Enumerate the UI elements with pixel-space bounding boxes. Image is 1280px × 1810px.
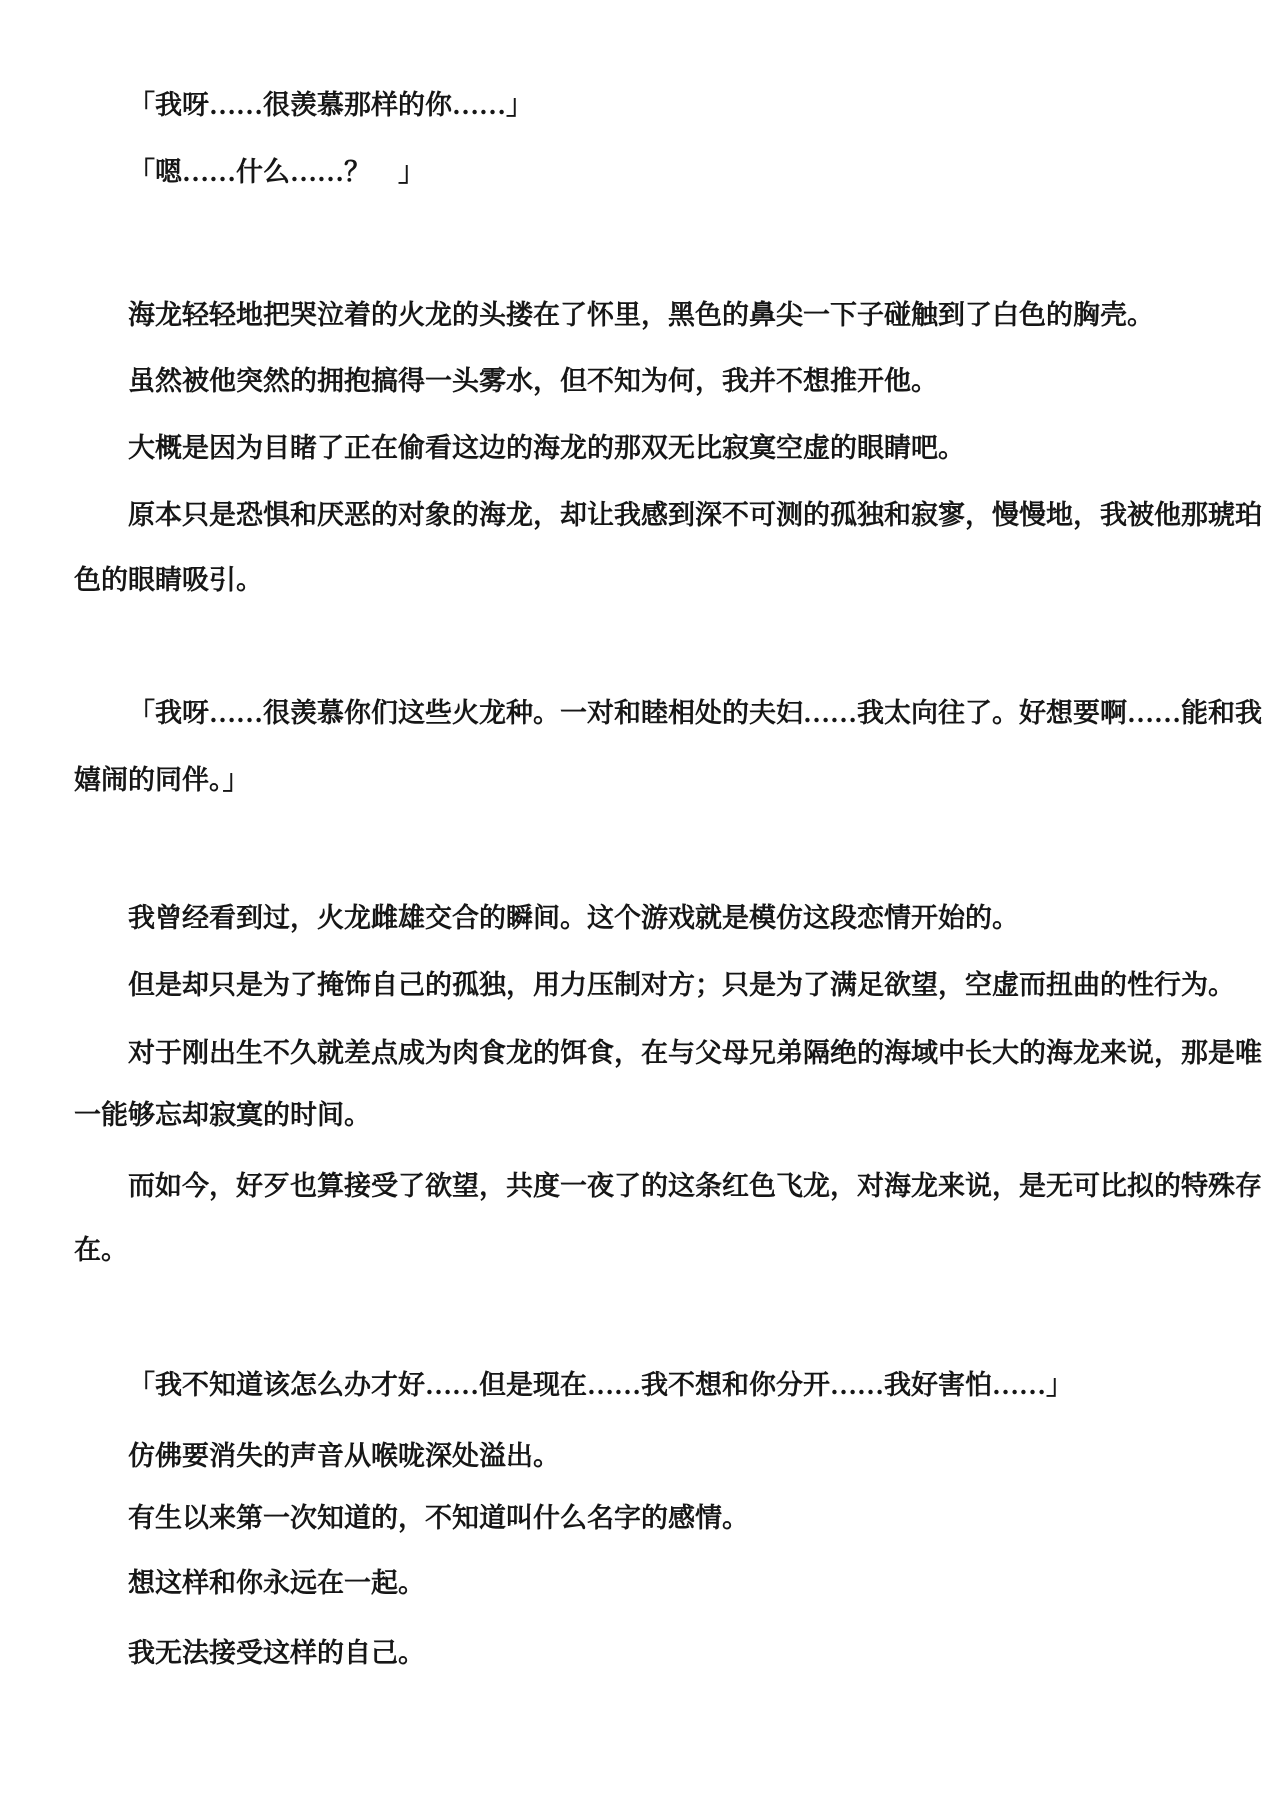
novel-page: 「我呀……很羡慕那样的你……」「嗯……什么……？ 」海龙轻轻地把哭泣着的火龙的头… <box>0 0 1280 1810</box>
text-line: 嬉闹的同伴。」 <box>74 763 1214 797</box>
text-line: 在。 <box>74 1233 1214 1267</box>
text-line: 我无法接受这样的自己。 <box>74 1636 1268 1670</box>
text-line: 原本只是恐惧和厌恶的对象的海龙，却让我感到深不可测的孤独和寂寥，慢慢地，我被他那… <box>74 498 1268 532</box>
text-line: 一能够忘却寂寞的时间。 <box>74 1098 1214 1132</box>
text-content: 「我呀……很羡慕那样的你……」「嗯……什么……？ 」海龙轻轻地把哭泣着的火龙的头… <box>0 0 1280 1810</box>
text-line: 想这样和你永远在一起。 <box>74 1566 1268 1600</box>
text-line: 「我呀……很羡慕你们这些火龙种。一对和睦相处的夫妇……我太向往了。好想要啊……能… <box>74 696 1268 730</box>
text-line: 「我不知道该怎么办才好……但是现在……我不想和你分开……我好害怕……」 <box>74 1368 1268 1402</box>
text-line: 大概是因为目睹了正在偷看这边的海龙的那双无比寂寞空虚的眼睛吧。 <box>74 431 1268 465</box>
text-line: 「我呀……很羡慕那样的你……」 <box>74 88 1268 122</box>
text-line: 虽然被他突然的拥抱搞得一头雾水，但不知为何，我并不想推开他。 <box>74 364 1268 398</box>
text-line: 但是却只是为了掩饰自己的孤独，用力压制对方；只是为了满足欲望，空虚而扭曲的性行为… <box>74 968 1268 1002</box>
text-line: 而如今，好歹也算接受了欲望，共度一夜了的这条红色飞龙，对海龙来说，是无可比拟的特… <box>74 1169 1268 1203</box>
text-line: 「嗯……什么……？ 」 <box>74 155 1268 189</box>
text-line: 对于刚出生不久就差点成为肉食龙的饵食，在与父母兄弟隔绝的海域中长大的海龙来说，那… <box>74 1036 1268 1070</box>
text-line: 有生以来第一次知道的，不知道叫什么名字的感情。 <box>74 1501 1268 1535</box>
text-line: 仿佛要消失的声音从喉咙深处溢出。 <box>74 1439 1268 1473</box>
text-line: 色的眼睛吸引。 <box>74 563 1214 597</box>
text-line: 我曾经看到过，火龙雌雄交合的瞬间。这个游戏就是模仿这段恋情开始的。 <box>74 901 1268 935</box>
text-line: 海龙轻轻地把哭泣着的火龙的头搂在了怀里，黑色的鼻尖一下子碰触到了白色的胸壳。 <box>74 298 1268 332</box>
